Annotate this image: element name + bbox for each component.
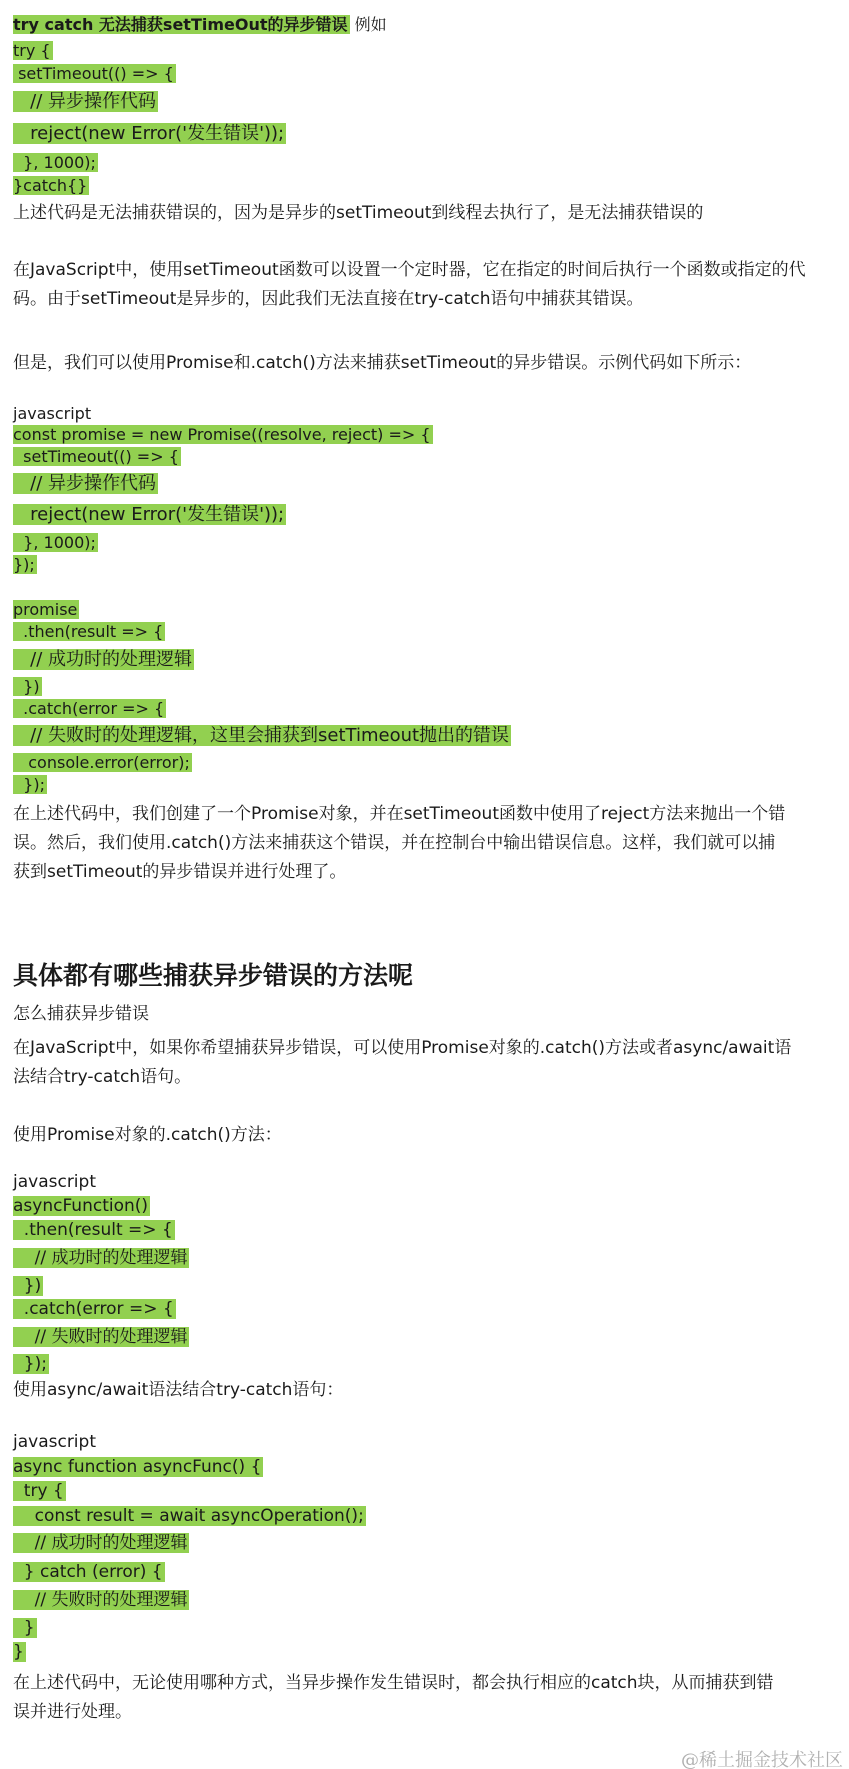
code-line: } [13, 1617, 37, 1639]
code-line: // 异步操作代码 [13, 87, 158, 117]
code-line: }); [13, 554, 37, 576]
code-line: }) [13, 1275, 43, 1297]
code-line: // 失败时的处理逻辑 [13, 1322, 189, 1352]
code-line: setTimeout(() => { [13, 446, 181, 468]
code-line: promise [13, 599, 79, 621]
code-line: // 成功时的处理逻辑 [13, 1528, 189, 1558]
paragraph-line: 法结合try-catch语句。 [13, 1066, 191, 1088]
code-line: .catch(error => { [13, 698, 166, 720]
paragraph-line: 获到setTimeout的异步错误并进行处理了。 [13, 861, 346, 883]
explanation-text: 上述代码是无法捕获错误的，因为是异步的setTimeout到线程去执行了，是无法… [13, 202, 703, 224]
language-label: javascript [13, 1431, 96, 1453]
code-line: async function asyncFunc() { [13, 1456, 263, 1478]
language-label: javascript [13, 403, 91, 425]
code-line: // 成功时的处理逻辑 [13, 644, 194, 675]
code-line: setTimeout(() => { [13, 63, 176, 85]
language-label: javascript [13, 1171, 96, 1193]
section-title: try catch 无法捕获setTimeOut的异步错误 例如 [13, 14, 387, 36]
code-line: }); [13, 774, 47, 796]
method-label: 使用async/await语法结合try-catch语句： [13, 1379, 343, 1401]
code-line: .catch(error => { [13, 1298, 176, 1320]
code-line: // 成功时的处理逻辑 [13, 1243, 189, 1273]
code-line: console.error(error); [13, 752, 192, 774]
code-line: }, 1000); [13, 532, 98, 554]
method-label: 使用Promise对象的.catch()方法： [13, 1124, 282, 1146]
code-line: reject(new Error('发生错误')); [13, 500, 286, 530]
paragraph-line: 在JavaScript中，使用setTimeout函数可以设置一个定时器，它在指… [13, 259, 806, 281]
paragraph-line: 误。然后，我们使用.catch()方法来捕获这个错误，并在控制台中输出错误信息。… [13, 832, 775, 854]
subtitle: 怎么捕获异步错误 [13, 1003, 149, 1025]
paragraph-line: 在JavaScript中，如果你希望捕获异步错误，可以使用Promise对象的.… [13, 1037, 791, 1059]
code-line: }) [13, 676, 42, 698]
code-line: }); [13, 1353, 49, 1375]
paragraph-line: 码。由于setTimeout是异步的，因此我们无法直接在try-catch语句中… [13, 288, 644, 310]
code-line: .then(result => { [13, 1219, 175, 1241]
paragraph-line: 误并进行处理。 [13, 1701, 132, 1723]
code-line: // 异步操作代码 [13, 469, 158, 499]
code-line: try { [13, 1480, 66, 1502]
code-line: }, 1000); [13, 152, 98, 174]
code-line: // 失败时的处理逻辑，这里会捕获到setTimeout抛出的错误 [13, 721, 511, 751]
code-line: reject(new Error('发生错误')); [13, 118, 286, 150]
section-heading: 具体都有哪些捕获异步错误的方法呢 [13, 960, 413, 992]
code-line: const result = await asyncOperation(); [13, 1505, 366, 1527]
code-line: }catch{} [13, 175, 89, 197]
title-suffix: 例如 [350, 15, 387, 34]
watermark: @稀土掘金技术社区 [681, 1746, 843, 1769]
code-line: const promise = new Promise((resolve, re… [13, 424, 433, 446]
code-line: // 失败时的处理逻辑 [13, 1585, 189, 1615]
paragraph-line: 但是，我们可以使用Promise和.catch()方法来捕获setTimeout… [13, 352, 751, 374]
code-line: } catch (error) { [13, 1561, 165, 1583]
code-line: .then(result => { [13, 621, 165, 643]
paragraph-line: 在上述代码中，我们创建了一个Promise对象，并在setTimeout函数中使… [13, 803, 785, 825]
title-highlight: try catch 无法捕获setTimeOut的异步错误 [13, 15, 350, 34]
paragraph-line: 在上述代码中，无论使用哪种方式，当异步操作发生错误时，都会执行相应的catch块… [13, 1672, 774, 1694]
code-line: asyncFunction() [13, 1195, 150, 1217]
code-line: try { [13, 40, 53, 62]
code-line: } [13, 1641, 26, 1663]
